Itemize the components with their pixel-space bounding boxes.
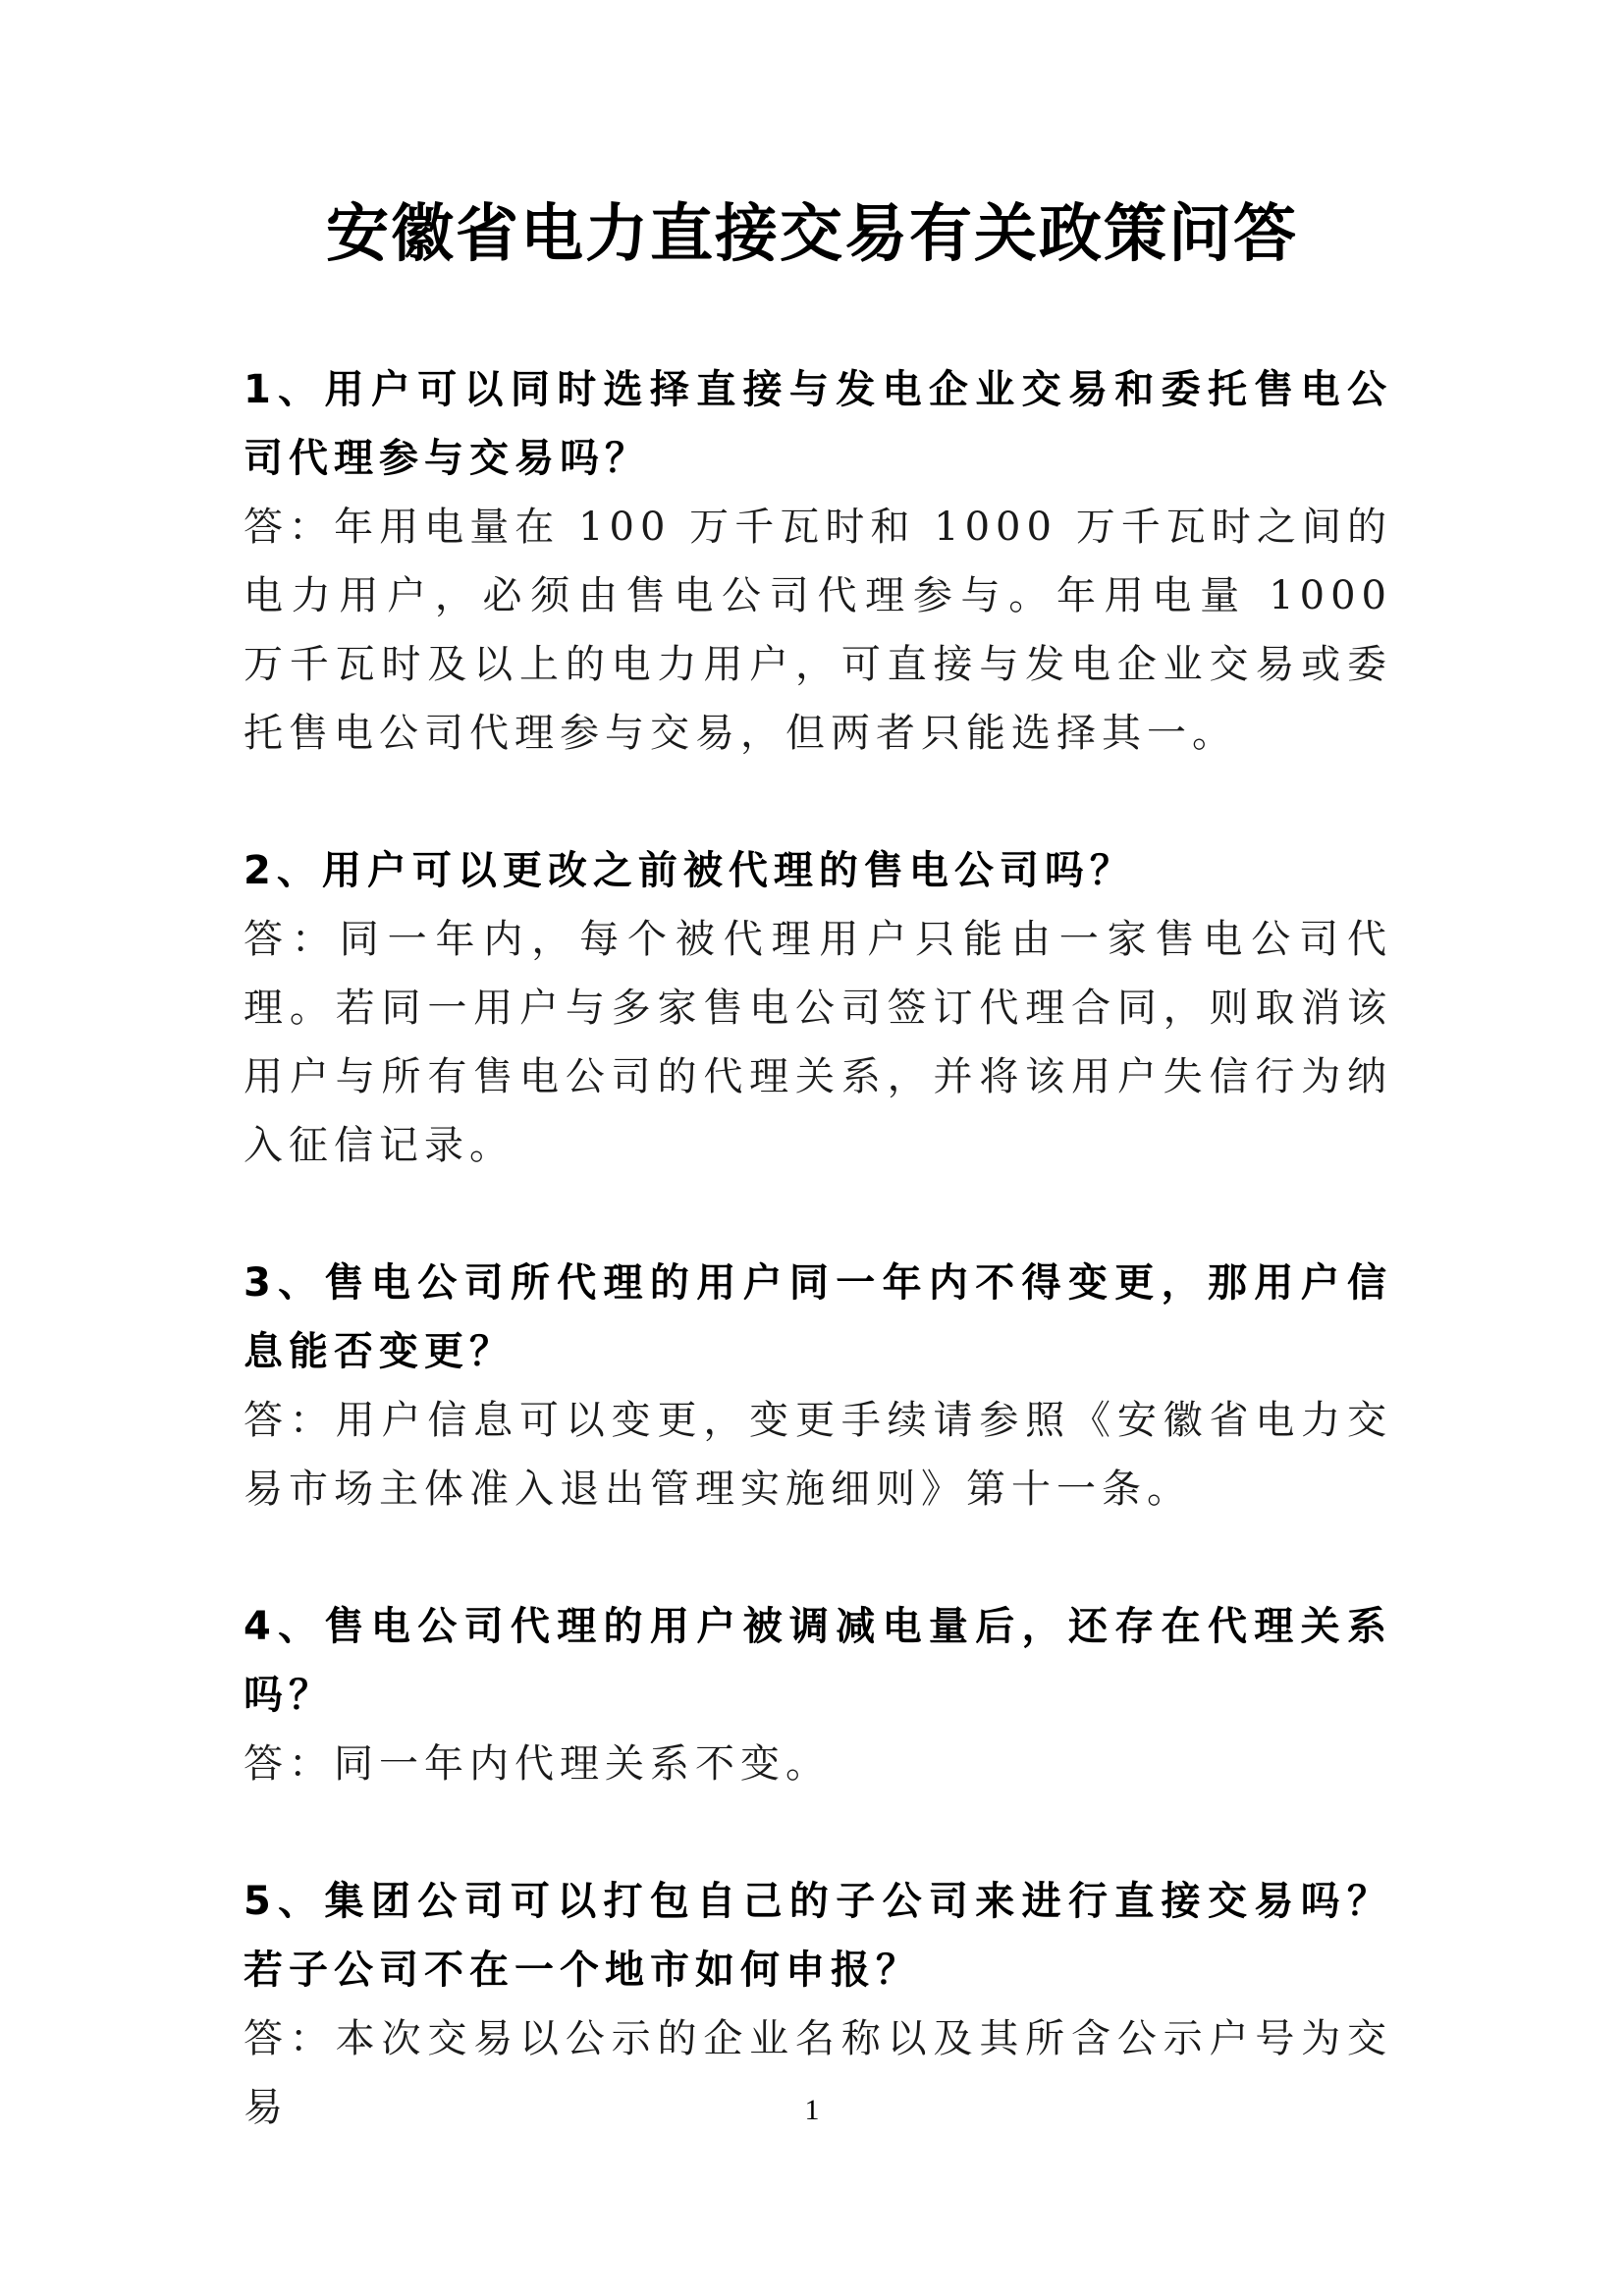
question-1: 1、用户可以同时选择直接与发电企业交易和委托售电公司代理参与交易吗？ [244, 355, 1392, 493]
document-title: 安徽省电力直接交易有关政策问答 [0, 192, 1624, 277]
qa-item-4: 4、售电公司代理的用户被调减电量后，还存在代理关系吗？ 答：同一年内代理关系不变… [244, 1592, 1392, 1798]
question-2: 2、用户可以更改之前被代理的售电公司吗？ [244, 836, 1392, 905]
qa-item-2: 2、用户可以更改之前被代理的售电公司吗？ 答：同一年内，每个被代理用户只能由一家… [244, 836, 1392, 1180]
answer-1: 答：年用电量在 100 万千瓦时和 1000 万千瓦时之间的电力用户，必须由售电… [244, 493, 1392, 768]
answer-4: 答：同一年内代理关系不变。 [244, 1730, 1392, 1798]
question-4: 4、售电公司代理的用户被调减电量后，还存在代理关系吗？ [244, 1592, 1392, 1730]
page-number: 1 [0, 2091, 1624, 2130]
qa-list: 1、用户可以同时选择直接与发电企业交易和委托售电公司代理参与交易吗？ 答：年用电… [244, 355, 1392, 2211]
answer-2: 答：同一年内，每个被代理用户只能由一家售电公司代理。若同一用户与多家售电公司签订… [244, 905, 1392, 1180]
document-page: 安徽省电力直接交易有关政策问答 1、用户可以同时选择直接与发电企业交易和委托售电… [0, 0, 1624, 2296]
question-3: 3、售电公司所代理的用户同一年内不得变更，那用户信息能否变更？ [244, 1249, 1392, 1386]
qa-item-1: 1、用户可以同时选择直接与发电企业交易和委托售电公司代理参与交易吗？ 答：年用电… [244, 355, 1392, 768]
answer-3: 答：用户信息可以变更，变更手续请参照《安徽省电力交易市场主体准入退出管理实施细则… [244, 1386, 1392, 1523]
question-5: 5、集团公司可以打包自己的子公司来进行直接交易吗？若子公司不在一个地市如何申报？ [244, 1867, 1392, 2004]
qa-item-3: 3、售电公司所代理的用户同一年内不得变更，那用户信息能否变更？ 答：用户信息可以… [244, 1249, 1392, 1523]
